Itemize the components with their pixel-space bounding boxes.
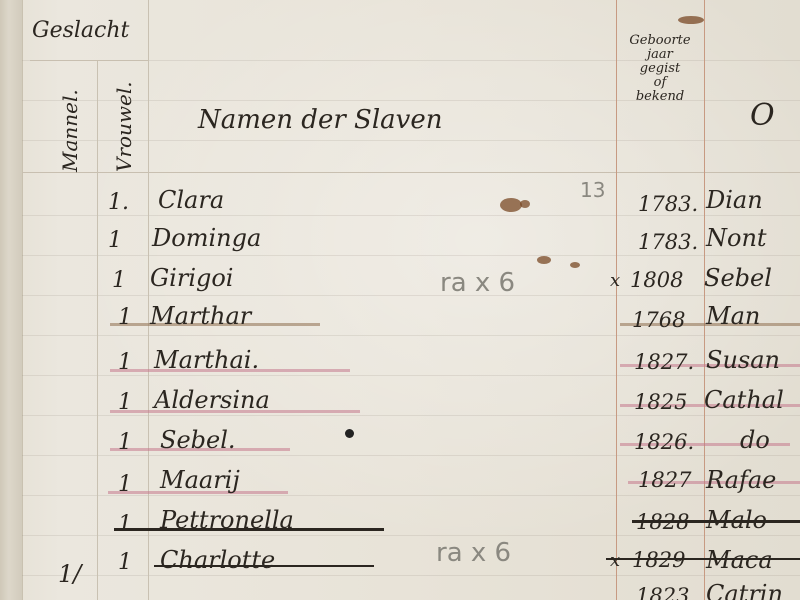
header-birth-line: bekend bbox=[620, 90, 700, 104]
row-name: Sebel. bbox=[160, 426, 236, 454]
row-count: 1 bbox=[118, 305, 132, 330]
year-mark-x: x bbox=[610, 270, 620, 291]
ink-stain bbox=[500, 198, 522, 212]
row-name: Dominga bbox=[152, 224, 261, 252]
ruled-line bbox=[22, 455, 800, 456]
column-divider-year-right bbox=[704, 0, 705, 600]
row-name: Charlotte bbox=[160, 546, 275, 574]
ink-stain bbox=[570, 262, 580, 268]
header-next-column-partial: O bbox=[750, 98, 775, 133]
ink-stain bbox=[678, 16, 704, 24]
row-name: Girigoi bbox=[150, 264, 233, 292]
header-birth-line: of bbox=[620, 76, 700, 90]
column-divider-gender bbox=[97, 60, 98, 600]
row-count: 1 bbox=[118, 472, 132, 497]
row-year: 1827. bbox=[634, 350, 694, 374]
row-year: 1823 bbox=[636, 584, 689, 600]
row-year: 1783. bbox=[638, 230, 698, 254]
header-birth-year: Geboorte jaar gegist of bekend bbox=[620, 34, 700, 104]
row-mother: Malo bbox=[706, 506, 767, 534]
row-mother: Susan bbox=[706, 346, 780, 374]
row-year: 1826. bbox=[634, 430, 694, 454]
ink-stain bbox=[537, 256, 551, 264]
book-binding-edge bbox=[0, 0, 23, 600]
ruled-line bbox=[22, 375, 800, 376]
row-name: Pettronella bbox=[160, 506, 294, 534]
row-mother: Dian bbox=[706, 186, 763, 214]
ruled-line bbox=[22, 415, 800, 416]
row-mother: Sebel bbox=[704, 264, 772, 292]
row-year: 1768 bbox=[632, 308, 685, 332]
row-mother: Cathal bbox=[704, 386, 784, 414]
ruled-line bbox=[22, 495, 800, 496]
ruled-line bbox=[22, 535, 800, 536]
row-name: Marthar bbox=[150, 302, 251, 330]
row-year: 1808 bbox=[630, 268, 683, 292]
row-count: 1. bbox=[108, 190, 129, 215]
row-mother: do bbox=[740, 426, 770, 454]
ruled-line bbox=[22, 295, 800, 296]
row-mother: Man bbox=[706, 302, 760, 330]
row-name: Aldersina bbox=[154, 386, 270, 414]
header-vrouwel: Vrouwel. bbox=[112, 81, 136, 172]
row-name: Marthai. bbox=[154, 346, 259, 374]
row-mother: Nont bbox=[706, 224, 767, 252]
header-birth-line: Geboorte bbox=[620, 34, 700, 48]
margin-mark: 1/ bbox=[58, 560, 81, 588]
row-count: 1 bbox=[108, 228, 122, 253]
row-count: 1 bbox=[118, 430, 132, 455]
pencil-note-13: 13 bbox=[580, 178, 605, 202]
ink-dot bbox=[345, 429, 354, 438]
row-count: 1 bbox=[118, 550, 132, 575]
row-year: 1828 bbox=[636, 510, 689, 534]
row-name: Maarij bbox=[160, 466, 240, 494]
row-name: Clara bbox=[158, 186, 224, 214]
header-separator bbox=[22, 172, 800, 173]
column-divider-names bbox=[148, 0, 149, 600]
header-birth-line: jaar bbox=[620, 48, 700, 62]
geslacht-underline bbox=[30, 60, 148, 61]
row-year: 1783. bbox=[638, 192, 698, 216]
row-count: 1 bbox=[112, 268, 126, 293]
header-geslacht: Geslacht bbox=[32, 18, 129, 43]
header-mannel: Mannel. bbox=[58, 89, 82, 172]
ruled-line bbox=[22, 335, 800, 336]
row-count: 1 bbox=[118, 390, 132, 415]
row-count: 1 bbox=[118, 350, 132, 375]
row-count: 1 bbox=[118, 512, 132, 537]
ink-stain bbox=[520, 200, 530, 208]
pencil-note: ra x 6 bbox=[436, 538, 511, 568]
column-divider-year-left bbox=[616, 0, 617, 600]
ruled-line bbox=[22, 255, 800, 256]
row-year: 1825 bbox=[634, 390, 687, 414]
header-names-of-slaves: Namen der Slaven bbox=[198, 105, 442, 135]
row-mother: Catrin bbox=[706, 580, 783, 600]
pencil-note: ra x 6 bbox=[440, 268, 515, 298]
year-mark-x: x bbox=[610, 550, 620, 571]
ruled-line bbox=[22, 575, 800, 576]
ruled-line bbox=[22, 140, 800, 141]
ledger-page: Geslacht Mannel. Vrouwel. Namen der Slav… bbox=[0, 0, 800, 600]
row-mother: Maca bbox=[706, 546, 773, 574]
row-mother: Rafae bbox=[706, 466, 776, 494]
row-year: 1829 bbox=[632, 548, 685, 572]
header-birth-line: gegist bbox=[620, 62, 700, 76]
row-year: 1827 bbox=[638, 468, 691, 492]
